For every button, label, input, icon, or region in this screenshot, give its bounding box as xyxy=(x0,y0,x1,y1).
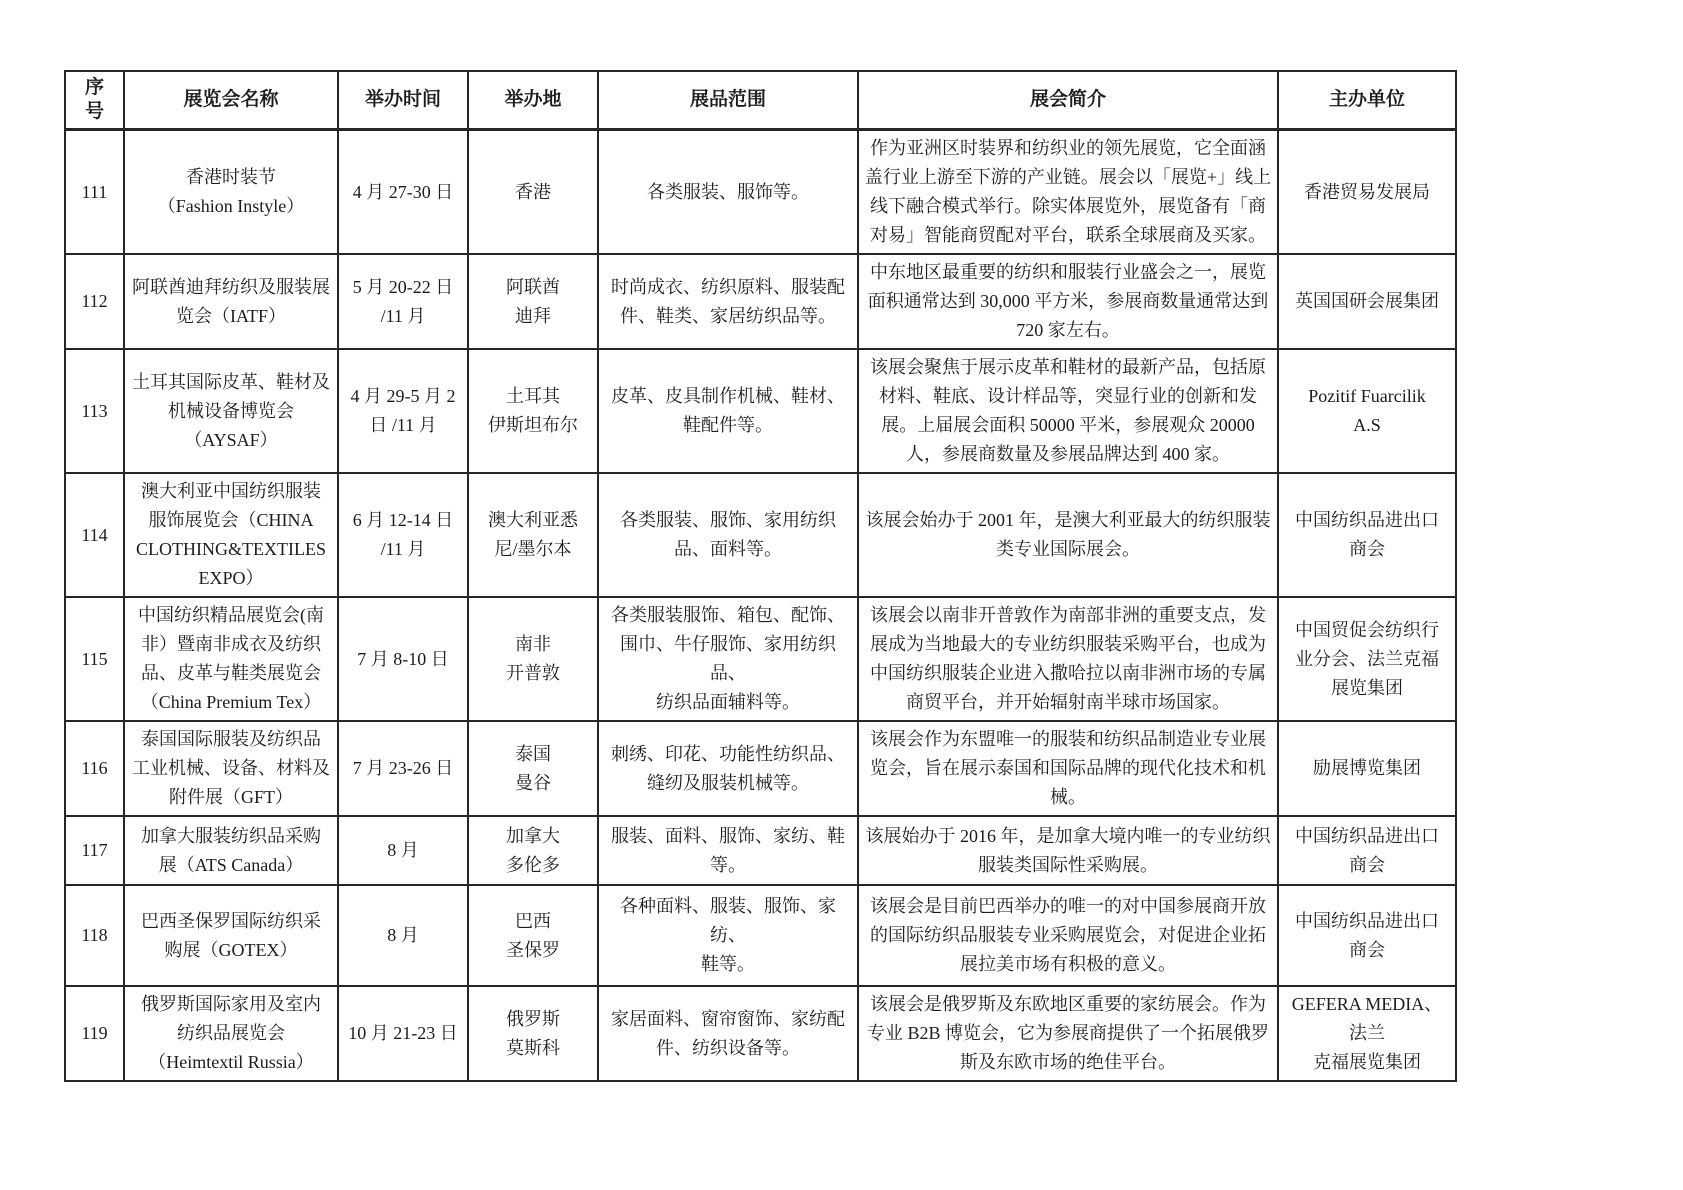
cell-time: 4 月 29-5 月 2 日 /11 月 xyxy=(338,349,468,473)
cell-time: 8 月 xyxy=(338,885,468,986)
cell-scope: 各类服装、服饰、家用纺织 品、面料等。 xyxy=(598,473,858,597)
cell-scope: 时尚成衣、纺织原料、服装配 件、鞋类、家居纺织品等。 xyxy=(598,254,858,349)
cell-name: 俄罗斯国际家用及室内 纺织品展览会 （Heimtextil Russia） xyxy=(124,986,338,1081)
cell-organizer: 中国纺织品进出口 商会 xyxy=(1278,816,1456,885)
cell-place: 加拿大 多伦多 xyxy=(468,816,598,885)
cell-place: 澳大利亚悉 尼/墨尔本 xyxy=(468,473,598,597)
cell-name: 阿联酋迪拜纺织及服装展 览会（IATF） xyxy=(124,254,338,349)
table-row: 119俄罗斯国际家用及室内 纺织品展览会 （Heimtextil Russia）… xyxy=(65,986,1456,1081)
cell-scope: 刺绣、印花、功能性纺织品、 缝纫及服装机械等。 xyxy=(598,721,858,816)
cell-time: 8 月 xyxy=(338,816,468,885)
cell-intro: 该展会是俄罗斯及东欧地区重要的家纺展会。作为专业 B2B 博览会，它为参展商提供… xyxy=(858,986,1278,1081)
cell-organizer: 香港贸易发展局 xyxy=(1278,130,1456,255)
cell-intro: 该展会始办于 2001 年，是澳大利亚最大的纺织服装类专业国际展会。 xyxy=(858,473,1278,597)
cell-organizer: 中国贸促会纺织行 业分会、法兰克福 展览集团 xyxy=(1278,597,1456,721)
cell-place: 香港 xyxy=(468,130,598,255)
cell-place: 南非 开普敦 xyxy=(468,597,598,721)
cell-place: 土耳其 伊斯坦布尔 xyxy=(468,349,598,473)
cell-organizer: 励展博览集团 xyxy=(1278,721,1456,816)
cell-scope: 各类服装、服饰等。 xyxy=(598,130,858,255)
cell-name: 中国纺织精品展览会(南 非）暨南非成衣及纺织 品、皮革与鞋类展览会 （China… xyxy=(124,597,338,721)
cell-organizer: Pozitif Fuarcilik A.S xyxy=(1278,349,1456,473)
cell-no: 117 xyxy=(65,816,124,885)
cell-intro: 该展始办于 2016 年，是加拿大境内唯一的专业纺织服装类国际性采购展。 xyxy=(858,816,1278,885)
cell-no: 113 xyxy=(65,349,124,473)
cell-time: 4 月 27-30 日 xyxy=(338,130,468,255)
cell-no: 114 xyxy=(65,473,124,597)
table-row: 114澳大利亚中国纺织服装 服饰展览会（CHINA CLOTHING&TEXTI… xyxy=(65,473,1456,597)
cell-no: 111 xyxy=(65,130,124,255)
table-row: 112阿联酋迪拜纺织及服装展 览会（IATF）5 月 20-22 日 /11 月… xyxy=(65,254,1456,349)
cell-intro: 中东地区最重要的纺织和服装行业盛会之一，展览面积通常达到 30,000 平方米，… xyxy=(858,254,1278,349)
table-row: 116泰国国际服装及纺织品 工业机械、设备、材料及 附件展（GFT）7 月 23… xyxy=(65,721,1456,816)
cell-place: 泰国 曼谷 xyxy=(468,721,598,816)
cell-time: 10 月 21-23 日 xyxy=(338,986,468,1081)
cell-intro: 作为亚洲区时装界和纺织业的领先展览，它全面涵盖行业上游至下游的产业链。展会以「展… xyxy=(858,130,1278,255)
col-header-name: 展览会名称 xyxy=(124,71,338,130)
cell-place: 阿联酋 迪拜 xyxy=(468,254,598,349)
cell-organizer: GEFERA MEDIA、法兰 克福展览集团 xyxy=(1278,986,1456,1081)
cell-scope: 各种面料、服装、服饰、家纺、 鞋等。 xyxy=(598,885,858,986)
cell-name: 泰国国际服装及纺织品 工业机械、设备、材料及 附件展（GFT） xyxy=(124,721,338,816)
cell-name: 澳大利亚中国纺织服装 服饰展览会（CHINA CLOTHING&TEXTILES… xyxy=(124,473,338,597)
table-row: 115中国纺织精品展览会(南 非）暨南非成衣及纺织 品、皮革与鞋类展览会 （Ch… xyxy=(65,597,1456,721)
cell-intro: 该展会聚焦于展示皮革和鞋材的最新产品，包括原材料、鞋底、设计样品等，突显行业的创… xyxy=(858,349,1278,473)
cell-intro: 该展会作为东盟唯一的服装和纺织品制造业专业展览会，旨在展示泰国和国际品牌的现代化… xyxy=(858,721,1278,816)
cell-intro: 该展会是目前巴西举办的唯一的对中国参展商开放的国际纺织品服装专业采购展览会，对促… xyxy=(858,885,1278,986)
cell-intro: 该展会以南非开普敦作为南部非洲的重要支点，发展成为当地最大的专业纺织服装采购平台… xyxy=(858,597,1278,721)
table-row: 117加拿大服装纺织品采购 展（ATS Canada）8 月加拿大 多伦多服装、… xyxy=(65,816,1456,885)
document-page: 序 号 展览会名称 举办时间 举办地 展品范围 展会简介 主办单位 111香港时… xyxy=(0,0,1683,1190)
col-header-place: 举办地 xyxy=(468,71,598,130)
col-header-time: 举办时间 xyxy=(338,71,468,130)
cell-time: 5 月 20-22 日 /11 月 xyxy=(338,254,468,349)
cell-time: 6 月 12-14 日 /11 月 xyxy=(338,473,468,597)
cell-no: 119 xyxy=(65,986,124,1081)
cell-scope: 皮革、皮具制作机械、鞋材、 鞋配件等。 xyxy=(598,349,858,473)
cell-place: 俄罗斯 莫斯科 xyxy=(468,986,598,1081)
cell-scope: 家居面料、窗帘窗饰、家纺配 件、纺织设备等。 xyxy=(598,986,858,1081)
header-row: 序 号 展览会名称 举办时间 举办地 展品范围 展会简介 主办单位 xyxy=(65,71,1456,130)
cell-name: 加拿大服装纺织品采购 展（ATS Canada） xyxy=(124,816,338,885)
table-row: 118巴西圣保罗国际纺织采 购展（GOTEX）8 月巴西 圣保罗各种面料、服装、… xyxy=(65,885,1456,986)
col-header-intro: 展会简介 xyxy=(858,71,1278,130)
cell-scope: 服装、面料、服饰、家纺、鞋 等。 xyxy=(598,816,858,885)
col-header-no: 序 号 xyxy=(65,71,124,130)
cell-name: 巴西圣保罗国际纺织采 购展（GOTEX） xyxy=(124,885,338,986)
cell-no: 112 xyxy=(65,254,124,349)
col-header-organizer: 主办单位 xyxy=(1278,71,1456,130)
cell-organizer: 中国纺织品进出口 商会 xyxy=(1278,885,1456,986)
cell-place: 巴西 圣保罗 xyxy=(468,885,598,986)
cell-no: 118 xyxy=(65,885,124,986)
col-header-scope: 展品范围 xyxy=(598,71,858,130)
cell-organizer: 英国国研会展集团 xyxy=(1278,254,1456,349)
cell-scope: 各类服装服饰、箱包、配饰、 围巾、牛仔服饰、家用纺织品、 纺织品面辅料等。 xyxy=(598,597,858,721)
cell-time: 7 月 8-10 日 xyxy=(338,597,468,721)
cell-time: 7 月 23-26 日 xyxy=(338,721,468,816)
cell-name: 香港时装节 （Fashion Instyle） xyxy=(124,130,338,255)
cell-name: 土耳其国际皮革、鞋材及 机械设备博览会（AYSAF） xyxy=(124,349,338,473)
cell-organizer: 中国纺织品进出口 商会 xyxy=(1278,473,1456,597)
table-row: 113土耳其国际皮革、鞋材及 机械设备博览会（AYSAF）4 月 29-5 月 … xyxy=(65,349,1456,473)
table-row: 111香港时装节 （Fashion Instyle）4 月 27-30 日香港各… xyxy=(65,130,1456,255)
exhibition-table: 序 号 展览会名称 举办时间 举办地 展品范围 展会简介 主办单位 111香港时… xyxy=(64,70,1457,1082)
cell-no: 116 xyxy=(65,721,124,816)
cell-no: 115 xyxy=(65,597,124,721)
